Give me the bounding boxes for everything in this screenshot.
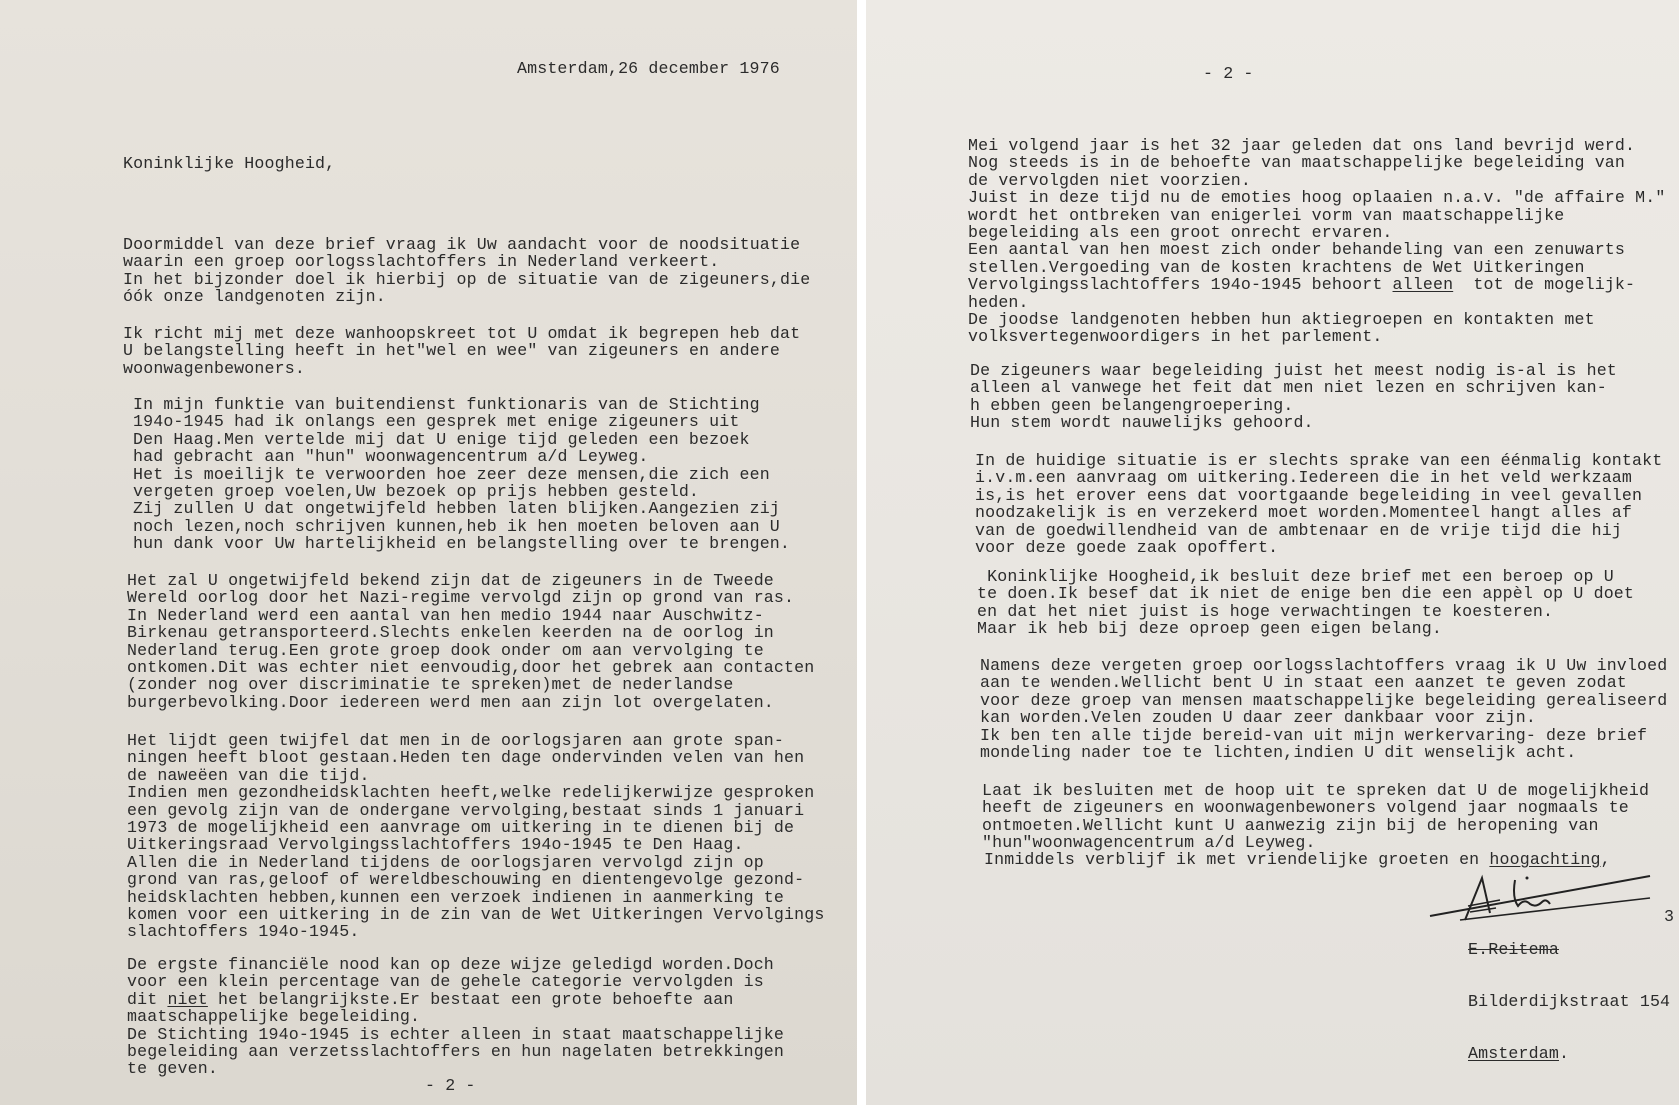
signer-name: E.Reitema bbox=[1468, 941, 1670, 958]
text-line: Birkenau getransporteerd.Slechts enkelen… bbox=[127, 624, 814, 641]
text-line: noch lezen,noch schrijven kunnen,heb ik … bbox=[133, 518, 790, 535]
text-line: De joodse landgenoten hebben hun aktiegr… bbox=[968, 311, 1665, 328]
handwritten-page-marker: 3 bbox=[1664, 908, 1674, 925]
paragraph: Koninklijke Hoogheid,ik besluit deze bri… bbox=[977, 568, 1634, 638]
text-line: In het bijzonder doel ik hierbij op de s… bbox=[123, 271, 810, 288]
text-line: hun dank voor Uw hartelijkheid en belang… bbox=[133, 535, 790, 552]
text-line: volksvertegenwoordigers in het parlement… bbox=[968, 328, 1665, 345]
paragraph: Mei volgend jaar is het 32 jaar geleden … bbox=[968, 137, 1665, 346]
text-line: alleen al vanwege het feit dat men niet … bbox=[970, 379, 1617, 396]
text-line: U belangstelling heeft in het"wel en wee… bbox=[123, 342, 800, 359]
text-line: dit niet het belangrijkste.Er bestaat ee… bbox=[127, 991, 784, 1008]
closing-line: Inmiddels verblijf ik met vriendelijke g… bbox=[984, 851, 1611, 868]
paragraph: Het zal U ongetwijfeld bekend zijn dat d… bbox=[127, 572, 814, 711]
text-line: Nog steeds is in de behoefte van maatsch… bbox=[968, 154, 1665, 171]
paragraph: De zigeuners waar begeleiding juist het … bbox=[970, 362, 1617, 432]
paragraph: Namens deze vergeten groep oorlogsslacht… bbox=[980, 657, 1667, 761]
paragraph: In mijn funktie van buitendienst funktio… bbox=[133, 396, 790, 553]
text-line: ningen heeft bloot gestaan.Heden ten dag… bbox=[127, 749, 824, 766]
signer-street: Bilderdijkstraat 154 bbox=[1468, 993, 1670, 1010]
text-line: Mei volgend jaar is het 32 jaar geleden … bbox=[968, 137, 1665, 154]
text-line: Het is moeilijk te verwoorden hoe zeer d… bbox=[133, 466, 790, 483]
paragraph: Ik richt mij met deze wanhoopskreet tot … bbox=[123, 325, 800, 377]
text-line: wordt het ontbreken van enigerlei vorm v… bbox=[968, 207, 1665, 224]
text-line: heidsklachten hebben,kunnen een verzoek … bbox=[127, 889, 824, 906]
text-line: voor een klein percentage van de gehele … bbox=[127, 973, 784, 990]
text-line: In de huidige situatie is er slechts spr… bbox=[975, 452, 1662, 469]
paragraph: Het lijdt geen twijfel dat men in de oor… bbox=[127, 732, 824, 941]
text-line: stellen.Vergoeding van de kosten krachte… bbox=[968, 259, 1665, 276]
text-line: Wereld oorlog door het Nazi-regime vervo… bbox=[127, 589, 814, 606]
text-line: noodzakelijk is en verzekerd moet worden… bbox=[975, 504, 1662, 521]
text-line: Koninklijke Hoogheid,ik besluit deze bri… bbox=[977, 568, 1634, 585]
text-line: 194o-1945 had ik onlangs een gesprek met… bbox=[133, 413, 790, 430]
text-line: Den Haag.Men vertelde mij dat U enige ti… bbox=[133, 431, 790, 448]
text-line: had gebracht aan "hun" woonwagencentrum … bbox=[133, 448, 790, 465]
text-line: een gevolg zijn van de ondergane vervolg… bbox=[127, 802, 824, 819]
text-line: 1973 de mogelijkheid een aanvrage om uit… bbox=[127, 819, 824, 836]
text-line: Ik ben ten alle tijde bereid-van uit mij… bbox=[980, 727, 1667, 744]
text-line: (zonder nog over discriminatie te spreke… bbox=[127, 676, 814, 693]
text-line: óók onze landgenoten zijn. bbox=[123, 288, 810, 305]
date-line: Amsterdam,26 december 1976 bbox=[517, 60, 780, 77]
text-line: De Stichting 194o-1945 is echter alleen … bbox=[127, 1026, 784, 1043]
text-line: burgerbevolking.Door iedereen werd men a… bbox=[127, 694, 814, 711]
underlined-word: niet bbox=[167, 990, 207, 1009]
text-line: Maar ik heb bij deze oproep geen eigen b… bbox=[977, 620, 1634, 637]
text-line: Uitkeringsraad Vervolgingsslachtoffers 1… bbox=[127, 836, 824, 853]
underlined-word: hoogachting bbox=[1489, 850, 1600, 869]
text-line: te doen.Ik besef dat ik niet de enige be… bbox=[977, 585, 1634, 602]
text-line: De zigeuners waar begeleiding juist het … bbox=[970, 362, 1617, 379]
text-line: Indien men gezondheidsklachten heeft,wel… bbox=[127, 784, 824, 801]
signature-block: E.Reitema Bilderdijkstraat 154 Amsterdam… bbox=[1468, 906, 1670, 1080]
text-line: voor deze groep van mensen maatschappeli… bbox=[980, 692, 1667, 709]
text-line: In mijn funktie van buitendienst funktio… bbox=[133, 396, 790, 413]
paragraph: De ergste financiële nood kan op deze wi… bbox=[127, 956, 784, 1078]
text-line: heeft de zigeuners en woonwagenbewoners … bbox=[982, 799, 1649, 816]
page-number: - 2 - bbox=[1203, 65, 1254, 82]
text-line: Het lijdt geen twijfel dat men in de oor… bbox=[127, 732, 824, 749]
text-line: vergeten groep voelen,Uw bezoek op prijs… bbox=[133, 483, 790, 500]
text-line: begeleiding aan verzetsslachtoffers en h… bbox=[127, 1043, 784, 1060]
text-line: ontkomen.Dit was echter niet eenvoudig,d… bbox=[127, 659, 814, 676]
text-line: grond van ras,geloof of wereldbeschouwin… bbox=[127, 871, 824, 888]
signer-city: Amsterdam. bbox=[1468, 1045, 1670, 1062]
text-line: Hun stem wordt nauwelijks gehoord. bbox=[970, 414, 1617, 431]
text-line: van de goedwillendheid van de ambtenaar … bbox=[975, 522, 1662, 539]
text-line: begeleiding als een groot onrecht ervare… bbox=[968, 224, 1665, 241]
text-line: maatschappelijke begeleiding. bbox=[127, 1008, 784, 1025]
text-line: Het zal U ongetwijfeld bekend zijn dat d… bbox=[127, 572, 814, 589]
text-line: en dat het niet juist is hoge verwachtin… bbox=[977, 603, 1634, 620]
text-line: i.v.m.een aanvraag om uitkering.Iedereen… bbox=[975, 469, 1662, 486]
text-line: mondeling nader toe te lichten,indien U … bbox=[980, 744, 1667, 761]
text-line: is,is het erover eens dat voortgaande be… bbox=[975, 487, 1662, 504]
text-line: Doormiddel van deze brief vraag ik Uw aa… bbox=[123, 236, 810, 253]
text-line: kan worden.Velen zouden U daar zeer dank… bbox=[980, 709, 1667, 726]
paragraph: Laat ik besluiten met de hoop uit te spr… bbox=[982, 782, 1649, 852]
text-line: heden. bbox=[968, 294, 1665, 311]
paragraph: Doormiddel van deze brief vraag ik Uw aa… bbox=[123, 236, 810, 306]
underlined-word: Amsterdam bbox=[1468, 1044, 1559, 1063]
text-line: Nederland terug.Een grote groep dook ond… bbox=[127, 642, 814, 659]
text-line: Laat ik besluiten met de hoop uit te spr… bbox=[982, 782, 1649, 799]
text-line: de vervolgden niet voorzien. bbox=[968, 172, 1665, 189]
text-line: "hun"woonwagencentrum a/d Leyweg. bbox=[982, 834, 1649, 851]
text-line: komen voor een uitkering in de zin van d… bbox=[127, 906, 824, 923]
text-line: ontmoeten.Wellicht kunt U aanwezig zijn … bbox=[982, 817, 1649, 834]
text-line: slachtoffers 194o-1945. bbox=[127, 923, 824, 940]
text-line: waarin een groep oorlogsslachtoffers in … bbox=[123, 253, 810, 270]
salutation: Koninklijke Hoogheid, bbox=[123, 155, 335, 172]
text-line: h ebben geen belangengroepering. bbox=[970, 397, 1617, 414]
text-line: Een aantal van hen moest zich onder beha… bbox=[968, 241, 1665, 258]
text-line: Vervolgingsslachtoffers 194o-1945 behoor… bbox=[968, 276, 1665, 293]
text-line: voor deze goede zaak opoffert. bbox=[975, 539, 1662, 556]
text-line: Zij zullen U dat ongetwijfeld hebben lat… bbox=[133, 500, 790, 517]
paragraph: In de huidige situatie is er slechts spr… bbox=[975, 452, 1662, 556]
text-line: In Nederland werd een aantal van hen med… bbox=[127, 607, 814, 624]
text-line: Ik richt mij met deze wanhoopskreet tot … bbox=[123, 325, 800, 342]
text-line: de naweëen van die tijd. bbox=[127, 767, 824, 784]
text-line: woonwagenbewoners. bbox=[123, 360, 800, 377]
page-marker: - 2 - bbox=[425, 1077, 476, 1094]
text-line: Juist in deze tijd nu de emoties hoog op… bbox=[968, 189, 1665, 206]
text-line: aan te wenden.Wellicht bent U in staat e… bbox=[980, 674, 1667, 691]
underlined-word: alleen bbox=[1393, 275, 1454, 294]
text-line: De ergste financiële nood kan op deze wi… bbox=[127, 956, 784, 973]
text-line: Namens deze vergeten groep oorlogsslacht… bbox=[980, 657, 1667, 674]
text-line: Allen die in Nederland tijdens de oorlog… bbox=[127, 854, 824, 871]
